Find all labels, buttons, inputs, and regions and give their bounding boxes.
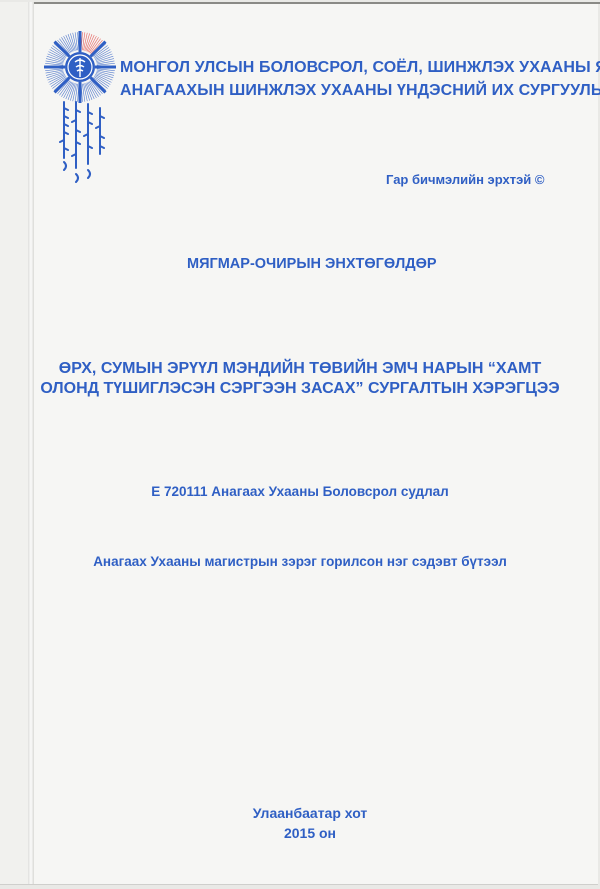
university-emblem-icon bbox=[44, 31, 116, 103]
binding-margin bbox=[0, 2, 28, 884]
author-name: МЯГМАР-ОЧИРЫН ЭНХТӨГӨЛДӨР bbox=[187, 256, 437, 272]
degree-statement: Анагаах Ухааны магистрын зэрэг горилсон … bbox=[0, 554, 600, 569]
document-cover-page: МОНГОЛ УЛСЫН БОЛОВСРОЛ, СОЁЛ, ШИНЖЛЭХ УХ… bbox=[0, 2, 598, 885]
university-heading: АНАГААХЫН ШИНЖЛЭХ УХААНЫ ҮНДЭСНИЙ ИХ СУР… bbox=[120, 82, 600, 100]
place: Улаанбаатар хот bbox=[0, 805, 600, 821]
copyright-note: Гар бичмэлийн эрхтэй © bbox=[386, 172, 544, 187]
thesis-title-line-1: ӨРХ, СУМЫН ЭРҮҮЛ МЭНДИЙН ТӨВИЙН ЭМЧ НАРЫ… bbox=[0, 359, 600, 379]
ministry-heading: МОНГОЛ УЛСЫН БОЛОВСРОЛ, СОЁЛ, ШИНЖЛЭХ УХ… bbox=[120, 59, 600, 77]
binding-spine bbox=[28, 2, 34, 884]
page-top-edge bbox=[0, 2, 600, 4]
specialty-code: E 720111 Анагаах Ухааны Боловсрол судлал bbox=[0, 484, 600, 499]
mongolian-script-name bbox=[56, 98, 108, 190]
year: 2015 он bbox=[0, 825, 600, 841]
thesis-title-line-2: ОЛОНД ТҮШИГЛЭСЭН СЭРГЭЭН ЗАСАХ” СУРГАЛТЫ… bbox=[0, 379, 600, 399]
